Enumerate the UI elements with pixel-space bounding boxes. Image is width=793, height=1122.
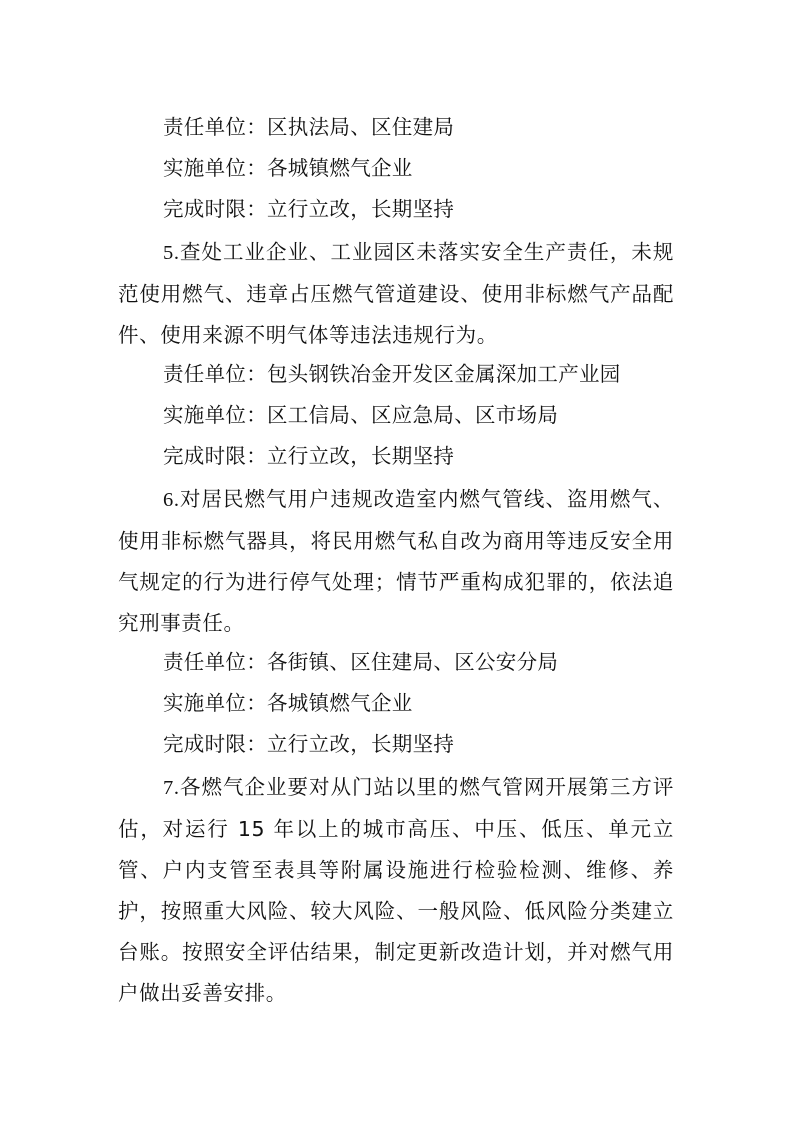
field-label: 责任单位： [163,115,267,139]
field-value: 各城镇燃气企业 [267,156,413,180]
item-number: 7. [163,777,180,799]
field-value: 区工信局、区应急局、区市场局 [267,403,558,427]
field-label: 完成时限： [163,444,267,468]
field-value: 各城镇燃气企业 [267,691,413,715]
field-value: 各街镇、区住建局、区公安分局 [267,650,558,674]
field-value: 立行立改，长期坚持 [267,444,454,468]
field-label: 完成时限： [163,197,267,221]
field-value: 立行立改，长期坚持 [267,732,454,756]
item-text: 对居民燃气用户违规改造室内燃气管线、盗用燃气、使用非标燃气器具，将民用燃气私自改… [118,487,674,635]
implementing-unit-line: 实施单位：区工信局、区应急局、区市场局 [118,397,674,438]
item-number: 5. [163,242,180,264]
deadline-line: 完成时限：立行立改，长期坚持 [118,438,674,479]
item-text: 查处工业企业、工业园区未落实安全生产责任，未规范使用燃气、违章占压燃气管道建设、… [118,240,674,347]
responsible-unit-line: 责任单位：包头钢铁冶金开发区金属深加工产业园 [118,356,674,397]
item-7-paragraph: 7.各燃气企业要对从门站以里的燃气管网开展第三方评估，对运行 15 年以上的城市… [118,767,674,1014]
item-text: 各燃气企业要对从门站以里的燃气管网开展第三方评估，对运行 15 年以上的城市高压… [118,775,674,1005]
field-label: 责任单位： [163,362,267,386]
field-value: 立行立改，长期坚持 [267,197,454,221]
item-6-paragraph: 6.对居民燃气用户违规改造室内燃气管线、盗用燃气、使用非标燃气器具，将民用燃气私… [118,479,674,644]
implementing-unit-line: 实施单位：各城镇燃气企业 [118,685,674,726]
item-number: 6. [163,489,180,511]
field-value: 包头钢铁冶金开发区金属深加工产业园 [267,362,621,386]
responsible-unit-line: 责任单位：各街镇、区住建局、区公安分局 [118,644,674,685]
responsible-unit-line: 责任单位：区执法局、区住建局 [118,109,674,150]
deadline-line: 完成时限：立行立改，长期坚持 [118,191,674,232]
field-label: 责任单位： [163,650,267,674]
field-label: 完成时限： [163,732,267,756]
implementing-unit-line: 实施单位：各城镇燃气企业 [118,150,674,191]
field-label: 实施单位： [163,403,267,427]
field-label: 实施单位： [163,156,267,180]
field-label: 实施单位： [163,691,267,715]
item-5-paragraph: 5.查处工业企业、工业园区未落实安全生产责任，未规范使用燃气、违章占压燃气管道建… [118,232,674,356]
deadline-line: 完成时限：立行立改，长期坚持 [118,726,674,767]
field-value: 区执法局、区住建局 [267,115,454,139]
document-page: 责任单位：区执法局、区住建局 实施单位：各城镇燃气企业 完成时限：立行立改，长期… [118,109,674,1014]
